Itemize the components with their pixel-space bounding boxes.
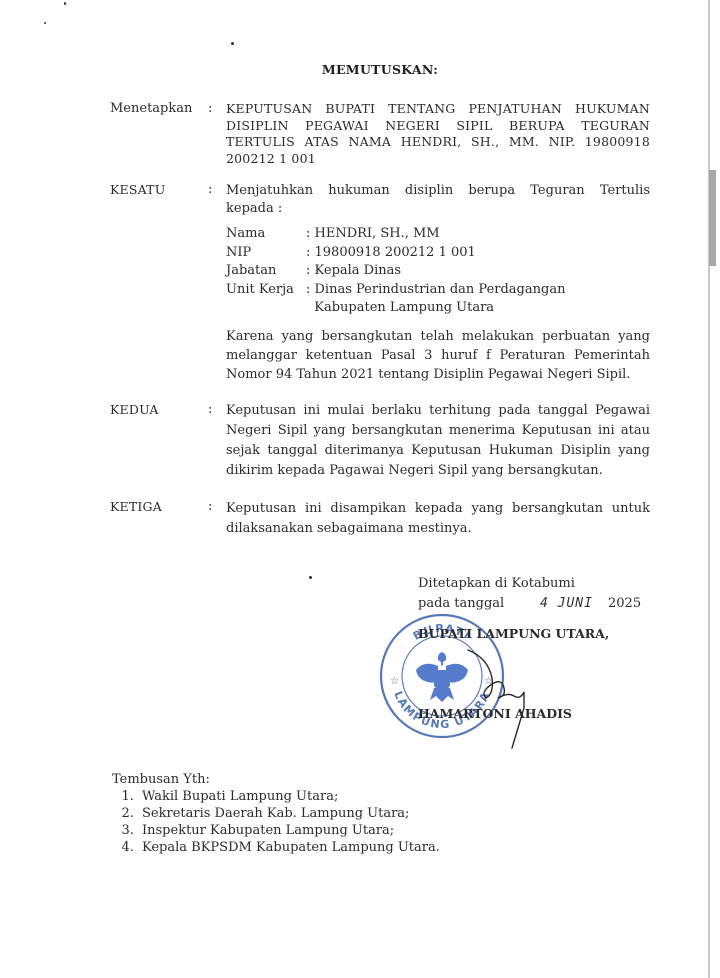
scan-speck (64, 2, 66, 5)
kesatu-label: KESATU (110, 182, 210, 199)
signatory-name: HAMARTONI AHADIS (418, 704, 572, 724)
ketiga-text: Keputusan ini disampikan kepada yang ber… (226, 499, 650, 539)
kedua-label: KEDUA (110, 402, 210, 419)
signature-block: Ditetapkan di Kotabumi pada tanggal 4 JU… (418, 574, 648, 614)
ketiga-label: KETIGA (110, 499, 210, 516)
cc-item: Kepala BKPSDM Kabupaten Lampung Utara. (138, 839, 440, 856)
page-edge-divider (708, 0, 710, 978)
scan-speck (309, 576, 312, 579)
colon: : (208, 182, 218, 199)
scan-speck (44, 22, 46, 24)
handwritten-signature-icon (460, 640, 550, 750)
scan-speck (231, 42, 234, 45)
menetapkan-label: Menetapkan (110, 101, 210, 118)
carbon-copy-list: Tembusan Yth: Wakil Bupati Lampung Utara… (112, 771, 440, 856)
place-of-issue: Ditetapkan di Kotabumi (418, 574, 648, 594)
decision-heading: MEMUTUSKAN: (0, 62, 720, 77)
kedua-text: Keputusan ini mulai berlaku terhitung pa… (226, 401, 650, 481)
handwritten-date: 4 JUNI (540, 594, 593, 614)
menetapkan-text: KEPUTUSAN BUPATI TENTANG PENJATUHAN HUKU… (226, 101, 650, 167)
colon: : (208, 499, 218, 516)
kesatu-reason: Karena yang bersangkutan telah melakukan… (226, 327, 650, 384)
cc-heading: Tembusan Yth: (112, 771, 440, 788)
kesatu-intro: Menjatuhkan hukuman disiplin berupa Tegu… (226, 182, 650, 218)
cc-item: Inspektur Kabupaten Lampung Utara; (138, 822, 440, 839)
date-line: pada tanggal 4 JUNI 2025 (418, 594, 648, 614)
document-page: MEMUTUSKAN: Menetapkan : KEPUTUSAN BUPAT… (0, 0, 710, 978)
cc-item: Sekretaris Daerah Kab. Lampung Utara; (138, 805, 440, 822)
date-year: 2025 (608, 594, 641, 614)
scrollbar-thumb[interactable] (709, 170, 716, 266)
colon: : (208, 101, 218, 118)
svg-text:☆: ☆ (390, 676, 399, 687)
cc-item: Wakil Bupati Lampung Utara; (138, 788, 440, 805)
colon: : (208, 402, 218, 419)
